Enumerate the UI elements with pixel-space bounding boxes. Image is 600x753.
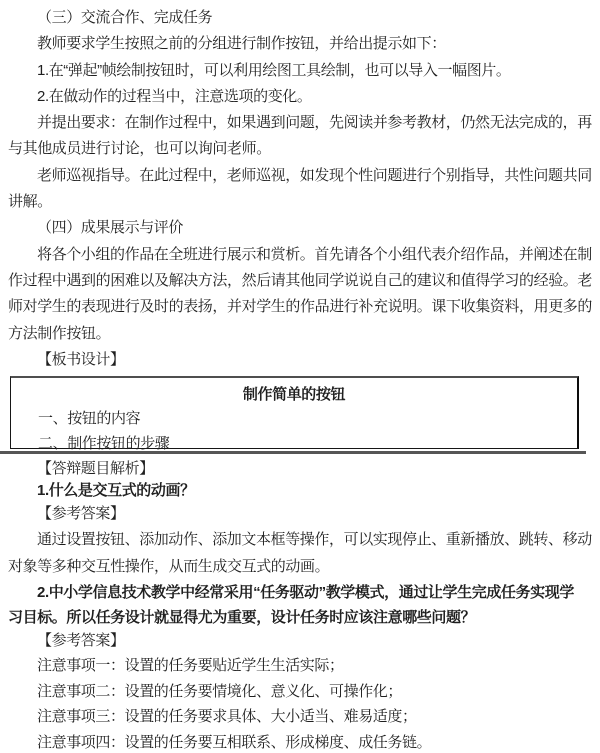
answer-1-line-2: 对象等多种交互性操作，从而生成交互式的动画。 bbox=[8, 554, 592, 580]
paragraph-line: 师对学生的表现进行及时的表扬，并对学生的作品进行补充说明。课下收集资料，用更多的 bbox=[8, 294, 592, 320]
label-reference-answer-1: 【参考答案】 bbox=[8, 501, 592, 527]
hint-item-2: 2.在做动作的过程当中，注意选项的变化。 bbox=[8, 84, 592, 110]
paragraph-line: 作过程中遇到的困难以及解决方法，然后请其他同学说说自己的建议和值得学习的经验。老 bbox=[8, 268, 592, 294]
note-item-3: 注意事项三：设置的任务要求具体、大小适当、难易适度； bbox=[8, 704, 592, 730]
section-heading-4: （四）成果展示与评价 bbox=[8, 215, 592, 241]
note-item-1: 注意事项一：设置的任务要贴近学生生活实际； bbox=[8, 653, 592, 679]
paragraph-line: 与其他成员进行讨论，也可以询问老师。 bbox=[8, 136, 592, 162]
label-defense-analysis: 【答辩题目解析】 bbox=[8, 457, 592, 480]
question-2-line-1: 2.中小学信息技术教学中经常采用“任务驱动”教学模式，通过让学生完成任务实现学 bbox=[8, 580, 592, 606]
paragraph-line: 教师要求学生按照之前的分组进行制作按钮，并给出提示如下： bbox=[8, 31, 592, 57]
paragraph-line: 老师巡视指导。在此过程中，老师巡视，如发现个性问题进行个别指导，共性问题共同 bbox=[8, 163, 592, 189]
board-design-item-1: 一、按钮的内容 bbox=[11, 407, 577, 432]
note-item-4: 注意事项四：设置的任务要互相联系、形成梯度、成任务链。 bbox=[8, 730, 592, 753]
paragraph-line: 将各个小组的作品在全班进行展示和赏析。首先请各个小组代表介绍作品，并阐述在制 bbox=[8, 242, 592, 268]
board-design-box: 制作简单的按钮 一、按钮的内容 二、制作按钮的步骤 bbox=[10, 376, 579, 449]
board-design-title: 制作简单的按钮 bbox=[11, 378, 577, 407]
answer-1-line-1: 通过设置按钮、添加动作、添加文本框等操作，可以实现停止、重新播放、跳转、移动 bbox=[8, 527, 592, 553]
label-reference-answer-2: 【参考答案】 bbox=[8, 629, 592, 653]
paragraph-line: 讲解。 bbox=[8, 189, 592, 215]
paragraph-line: 并提出要求：在制作过程中，如果遇到问题，先阅读并参考教材，仍然无法完成的，再 bbox=[8, 110, 592, 136]
hint-item-1: 1.在“弹起”帧绘制按钮时，可以利用绘图工具绘制，也可以导入一幅图片。 bbox=[8, 58, 592, 84]
question-1: 1.什么是交互式的动画？ bbox=[8, 480, 592, 501]
note-item-2: 注意事项二：设置的任务要情境化、意义化、可操作化； bbox=[8, 679, 592, 705]
document-page: （三）交流合作、完成任务 教师要求学生按照之前的分组进行制作按钮，并给出提示如下… bbox=[0, 0, 600, 753]
section-heading-3: （三）交流合作、完成任务 bbox=[8, 5, 592, 31]
question-2-line-2: 习目标。所以任务设计就显得尤为重要，设计任务时应该注意哪些问题？ bbox=[8, 606, 592, 629]
label-board-design: 【板书设计】 bbox=[8, 347, 592, 373]
paragraph-line: 方法制作按钮。 bbox=[8, 321, 592, 347]
